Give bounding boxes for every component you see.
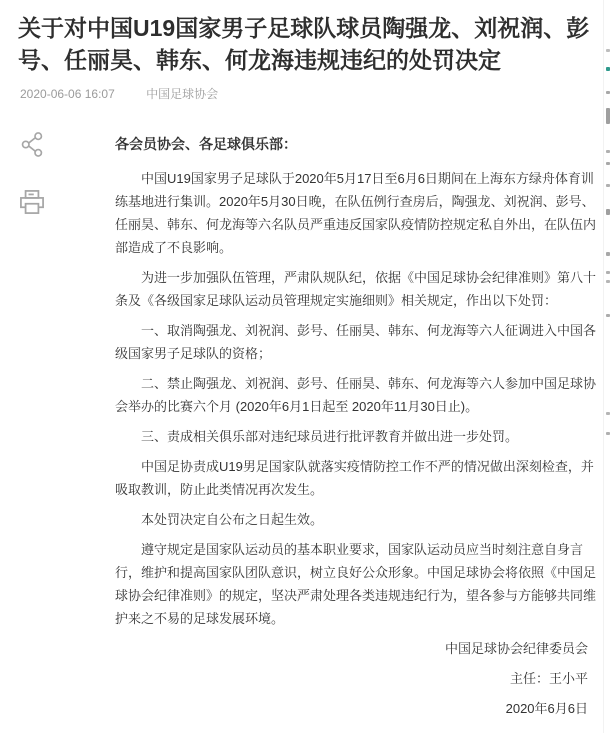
article-body: 各会员协会、各足球俱乐部： 中国U19国家男子足球队于2020年5月17日至6月… [115,133,597,727]
signature-director: 主任：王小平 [115,667,597,690]
publisher-name: 中国足球协会 [146,87,218,101]
print-button[interactable] [15,185,49,219]
article-meta: 2020-06-06 16:07 中国足球协会 [20,85,218,102]
paragraph-effective-date: 本处罚决定自公布之日起生效。 [115,508,597,531]
clipped-right-content [603,0,611,733]
clipped-text-fragment [606,271,610,274]
clipped-text-fragment [606,209,610,215]
clipped-text-fragment [606,432,610,435]
clipped-text-fragment [606,280,610,283]
article-title: 关于对中国U19国家男子足球队球员陶强龙、刘祝润、彭号、任丽昊、韩东、何龙海违规… [18,12,596,76]
paragraph-review: 中国足协责成U19男足国家队就落实疫情防控工作不严的情况做出深刻检查，并吸取教训… [115,455,597,501]
signature-organization: 中国足球协会纪律委员会 [115,637,597,660]
toolbar-rail [14,128,50,243]
clipped-text-fragment [606,162,610,165]
salutation: 各会员协会、各足球俱乐部： [115,133,597,156]
paragraph-intro: 中国U19国家男子足球队于2020年5月17日至6月6日期间在上海东方绿舟体育训… [115,167,597,259]
clipped-text-fragment [606,150,610,153]
clipped-text-fragment [606,314,610,317]
clipped-text-fragment [606,49,610,52]
paragraph-basis: 为进一步加强队伍管理，严肃队规队纪，依据《中国足球协会纪律准则》第八十条及《各级… [115,266,597,312]
printer-icon [18,204,46,219]
clipped-text-fragment [606,184,610,187]
paragraph-penalty-1: 一、取消陶强龙、刘祝润、彭号、任丽昊、韩东、何龙海等六人征调进入中国各级国家男子… [115,319,597,365]
clipped-text-fragment [606,412,610,415]
clipped-text-fragment [606,67,610,71]
clipped-text-fragment [606,252,610,256]
paragraph-penalty-3: 三、责成相关俱乐部对违纪球员进行批评教育并做出进一步处罚。 [115,425,597,448]
article-page: 关于对中国U19国家男子足球队球员陶强龙、刘祝润、彭号、任丽昊、韩东、何龙海违规… [0,0,611,733]
clipped-text-fragment [606,91,610,94]
publish-datetime: 2020-06-06 16:07 [20,87,115,101]
signature-date: 2020年6月6日 [115,697,597,720]
clipped-text-fragment [606,108,610,124]
share-button[interactable] [17,128,48,161]
share-icon [20,146,45,161]
paragraph-closing: 遵守规定是国家队运动员的基本职业要求，国家队运动员应当时刻注意自身言行，维护和提… [115,538,597,630]
paragraph-penalty-2: 二、禁止陶强龙、刘祝润、彭号、任丽昊、韩东、何龙海等六人参加中国足球协会举办的比… [115,372,597,418]
